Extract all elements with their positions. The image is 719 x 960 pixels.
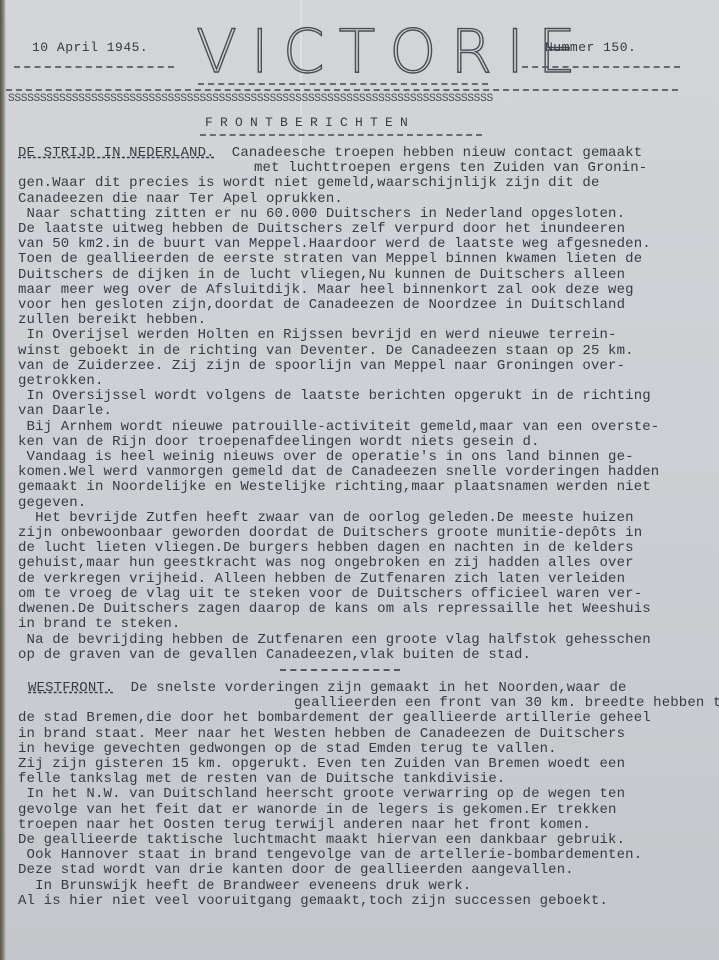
text-line: Zij zijn gisteren 15 km. opgerukt. Even …	[18, 757, 718, 772]
text-line: maar meer weg over de Afsluitdijk. Maar …	[18, 283, 718, 298]
text-line: Duitschers de dijken in de lucht vliegen…	[18, 268, 718, 283]
text-line: gevolge van het feit dat er wanorde in d…	[18, 803, 718, 818]
text-line: Bij Arnhem wordt nieuwe patrouille-activ…	[18, 420, 718, 435]
text-line: de verkregen vrijheid. Alleen hebben de …	[18, 572, 718, 587]
text-line: Na de bevrijding hebben de Zutfenaren ee…	[18, 633, 718, 648]
text-line: op de graven van de gevallen Canadeezen,…	[18, 648, 718, 663]
text-line: In Oversijssel wordt volgens de laatste …	[18, 389, 718, 404]
article-separator	[280, 669, 400, 671]
text-line: in brand te steken.	[18, 617, 718, 632]
article-heading: DE STRIJD IN NEDERLAND.	[18, 145, 215, 161]
text-line: met luchttroepen ergens ten Zuiden van G…	[18, 161, 718, 176]
article-strijd-nederland: DE STRIJD IN NEDERLAND. Canadeesche troe…	[18, 146, 718, 663]
text-line: De laatste uitweg hebben de Duitschers z…	[18, 222, 718, 237]
text-line: Al is hier niet veel vooruitgang gemaakt…	[18, 894, 718, 909]
date-underline	[14, 66, 174, 68]
text-line: De geallieerde taktische luchtmacht maak…	[18, 833, 718, 848]
text-line: De snelste vorderingen zijn gemaakt in h…	[131, 680, 627, 696]
text-line: komen.Wel werd vanmorgen gemeld dat de C…	[18, 465, 718, 480]
text-line: In Overijsel werden Holten en Rijssen be…	[18, 328, 718, 343]
text-line: gemaakt in Noordelijke en Westelijke ric…	[18, 480, 718, 495]
text-line: zijn onbewoonbaar geworden doordat de Du…	[18, 526, 718, 541]
issue-date: 10 April 1945.	[32, 40, 148, 55]
text-line: Canadeesche troepen hebben nieuw contact…	[232, 145, 642, 161]
article-heading: WESTFRONT.	[28, 680, 114, 696]
title-underline	[198, 83, 488, 85]
text-line: felle tankslag met de resten van de Duit…	[18, 772, 718, 787]
text-line: ken van de Rijn door troepenafdeelingen …	[18, 435, 718, 450]
text-line: Canadeezen die naar Ter Apel oprukken.	[18, 192, 718, 207]
text-line: Naar schatting zitten er nu 60.000 Duits…	[18, 207, 718, 222]
header-rule	[6, 89, 678, 91]
paper-edge-shadow	[0, 0, 6, 960]
decorative-s-row: SSSSSSSSSSSSSSSSSSSSSSSSSSSSSSSSSSSSSSSS…	[8, 93, 678, 105]
text-line: in hevige gevechten gedwongen op de stad…	[18, 742, 718, 757]
text-line: gegeven.	[18, 496, 718, 511]
text-line: de stad Bremen,die door het bombardement…	[18, 711, 718, 726]
text-line: In Brunswijk heeft de Brandweer eveneens…	[18, 879, 718, 894]
article-westfront: WESTFRONT. De snelste vorderingen zijn g…	[18, 681, 718, 909]
text-line: troepen naar het Oosten terug terwijl an…	[18, 818, 718, 833]
text-line: getrokken.	[18, 374, 718, 389]
text-line: gen.Waar dit precies is wordt niet gemel…	[18, 176, 718, 191]
text-line: van de Zuiderzee. Zij zijn de spoorlijn …	[18, 359, 718, 374]
text-line: Ook Hannover staat in brand tengevolge v…	[18, 848, 718, 863]
text-line: Het bevrijde Zutfen heeft zwaar van de o…	[18, 511, 718, 526]
issue-number: Nummer 150.	[545, 40, 636, 55]
text-line: Vandaag is heel weinig nieuws over de op…	[18, 450, 718, 465]
text-line: de lucht lieten vliegen.De burgers hebbe…	[18, 541, 718, 556]
text-line: in brand staat. Meer naar het Westen heb…	[18, 727, 718, 742]
text-line: In het N.W. van Duitschland heerscht gro…	[18, 787, 718, 802]
text-line: winst geboekt in de richting van Devente…	[18, 344, 718, 359]
text-line: Deze stad wordt van drie kanten door de …	[18, 863, 718, 878]
text-line: van 50 km2.in de buurt van Meppel.Haardo…	[18, 237, 718, 252]
article-body: DE STRIJD IN NEDERLAND. Canadeesche troe…	[18, 146, 718, 909]
text-line: van Daarle.	[18, 404, 718, 419]
text-line: geallieerden een front van 30 km. breedt…	[18, 696, 718, 711]
document-page: 10 April 1945. VICTORIE Nummer 150. SSSS…	[0, 0, 719, 960]
text-line: dwenen.De Duitschers zagen daarop de kan…	[18, 602, 718, 617]
issue-underline	[522, 66, 680, 68]
text-line: om te vroeg de vlag uit te steken voor d…	[18, 587, 718, 602]
text-line: zullen bereikt hebben.	[18, 313, 718, 328]
section-title: FRONTBERICHTEN	[205, 115, 415, 130]
newsletter-title: VICTORIE	[196, 22, 590, 82]
text-line: Toen de geallieerden de eerste straten v…	[18, 252, 718, 267]
text-line: gehuist,maar hun geestkracht was nog ong…	[18, 556, 718, 571]
text-line: voor hen gesloten zijn,doordat de Canade…	[18, 298, 718, 313]
section-title-underline	[200, 134, 482, 136]
